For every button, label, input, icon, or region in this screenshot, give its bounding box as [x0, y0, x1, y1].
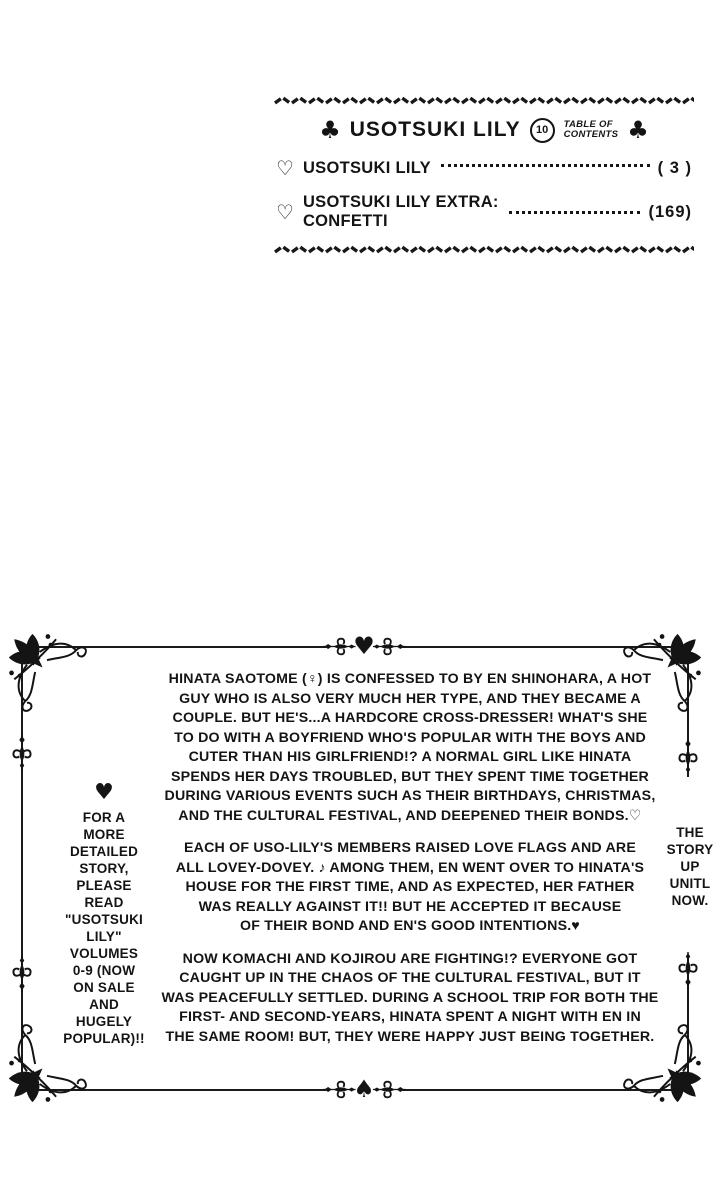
- fleur-ornament-icon: [11, 734, 33, 770]
- fleur-ornament-icon: [677, 738, 699, 774]
- toc-entry-title-line1: USOTSUKI LILY EXTRA:: [303, 193, 499, 211]
- fleur-ornament-icon: [323, 636, 356, 656]
- table-of-contents-box: ♣ USOTSUKI LILY 10 TABLE OF CONTENTS ♣ ♡…: [274, 94, 694, 255]
- heart-icon: ♥: [40, 782, 168, 804]
- contents-label: TABLE OF CONTENTS: [564, 120, 619, 140]
- toc-entry-title: USOTSUKI LILY EXTRA: CONFETTI: [303, 193, 499, 231]
- toc-entries: ♡ USOTSUKI LILY ( 3 ) ♡ USOTSUKI LILY EX…: [274, 158, 694, 231]
- fleur-ornament-icon: [372, 636, 405, 656]
- zigzag-border-bottom: [274, 243, 694, 255]
- toc-entry: ♡ USOTSUKI LILY EXTRA: CONFETTI (169): [276, 193, 692, 231]
- story-summary-box: ♥ ♠ HINATA SAOTOME (♀) IS CONFESSED TO B…: [10, 630, 718, 1120]
- fleur-ornament-icon: [11, 956, 33, 992]
- floral-corner-top-left-icon: [7, 632, 107, 732]
- contents-label-line2: CONTENTS: [564, 129, 619, 140]
- toc-series-title: USOTSUKI LILY: [350, 118, 521, 142]
- zigzag-border-top: [274, 94, 694, 106]
- top-center-ornament: ♥: [326, 631, 402, 661]
- left-side-note: ♥ FOR A MORE DETAILED STORY, PLEASE READ…: [40, 782, 168, 1047]
- page-number: ( 3 ): [658, 159, 692, 178]
- fleur-ornament-icon: [372, 1079, 405, 1099]
- fleur-ornament-icon: [323, 1079, 356, 1099]
- bottom-center-ornament: ♠: [326, 1074, 402, 1104]
- dotted-leader: [509, 211, 641, 214]
- dotted-leader: [441, 164, 650, 167]
- toc-entry-title-line2: CONFETTI: [303, 212, 388, 230]
- toc-entry: ♡ USOTSUKI LILY ( 3 ): [276, 158, 692, 178]
- left-side-note-text: FOR A MORE DETAILED STORY, PLEASE READ "…: [40, 809, 168, 1047]
- manga-page: { "toc": { "club_icon": "♣", "title": "U…: [0, 0, 728, 1181]
- toc-entry-title: USOTSUKI LILY: [303, 159, 431, 178]
- fleur-ornament-icon: [677, 952, 699, 988]
- toc-title-row: ♣ USOTSUKI LILY 10 TABLE OF CONTENTS ♣: [274, 115, 694, 145]
- story-paragraph-3: NOW KOMACHI AND KOJIROU ARE FIGHTING!? E…: [145, 950, 675, 1048]
- right-side-note: THE STORY UP UNITL NOW.: [657, 824, 723, 909]
- page-number: (169): [648, 203, 692, 222]
- volume-number-badge: 10: [530, 118, 555, 143]
- white-heart-icon: ♡: [276, 158, 294, 178]
- story-paragraph-2: EACH OF USO-LILY'S MEMBERS RAISED LOVE F…: [145, 839, 675, 937]
- club-icon: ♣: [627, 118, 649, 142]
- white-heart-icon: ♡: [276, 202, 294, 222]
- story-text: HINATA SAOTOME (♀) IS CONFESSED TO BY EN…: [145, 670, 675, 1060]
- story-paragraph-1: HINATA SAOTOME (♀) IS CONFESSED TO BY EN…: [145, 670, 675, 826]
- club-icon: ♣: [319, 118, 341, 142]
